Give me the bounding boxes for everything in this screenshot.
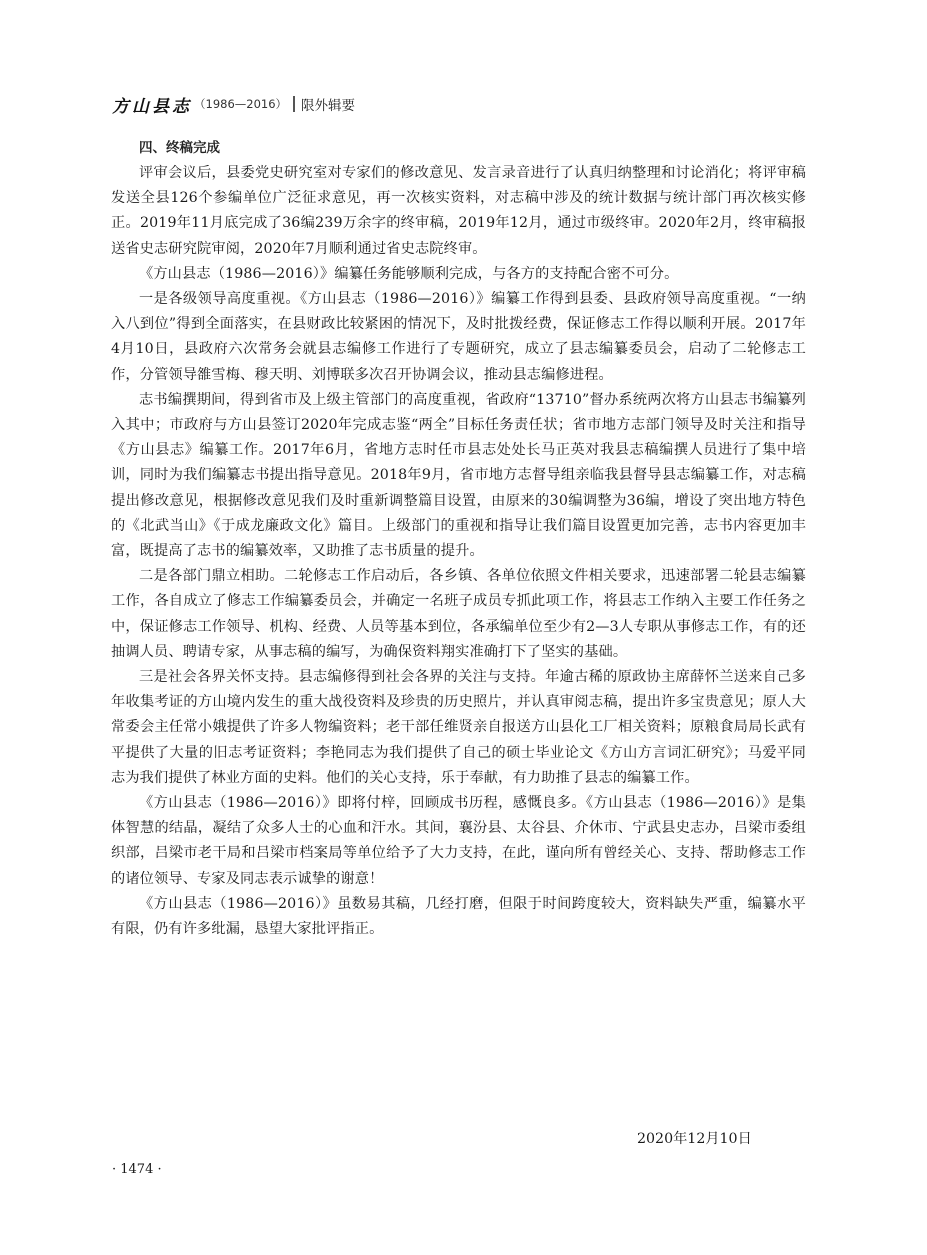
paragraph: 评审会议后，县委党史研究室对专家们的修改意见、发言录音进行了认真归纳整理和讨论消… [111,161,806,262]
paragraph: 《方山县志（1986—2016）》即将付梓，回顾成书历程，感慨良多。《方山县志（… [111,791,806,892]
paragraph: 志书编撰期间，得到省市及上级主管部门的高度重视，省政府“13710”督办系统两次… [111,388,806,564]
book-years: （1986—2016） [194,96,287,112]
book-title: 方山县志 [112,92,192,117]
page-number: · 1474 · [112,1162,162,1177]
paragraph: 《方山县志（1986—2016）》虽数易其稿，几经打磨，但限于时间跨度较大，资料… [111,892,806,942]
paragraph: 二是各部门鼎立相助。二轮修志工作启动后，各乡镇、各单位依照文件相关要求，迅速部署… [111,564,806,665]
running-header: 方山县志 （1986—2016） 限外辑要 [112,92,355,116]
header-divider [293,96,295,112]
paragraph: 一是各级领导高度重视。《方山县志（1986—2016）》编纂工作得到县委、县政府… [111,287,806,388]
section-heading: 四、终稿完成 [139,136,806,161]
page-body: 四、终稿完成 评审会议后，县委党史研究室对专家们的修改意见、发言录音进行了认真归… [111,136,806,942]
paragraph: 三是社会各界关怀支持。县志编修得到社会各界的关注与支持。年逾古稀的原政协主席薛怀… [111,665,806,791]
paragraph: 《方山县志（1986—2016）》编纂任务能够顺利完成，与各方的支持配合密不可分… [111,262,806,287]
section-name: 限外辑要 [301,94,355,114]
signature-date: 2020年12月10日 [637,1128,752,1148]
